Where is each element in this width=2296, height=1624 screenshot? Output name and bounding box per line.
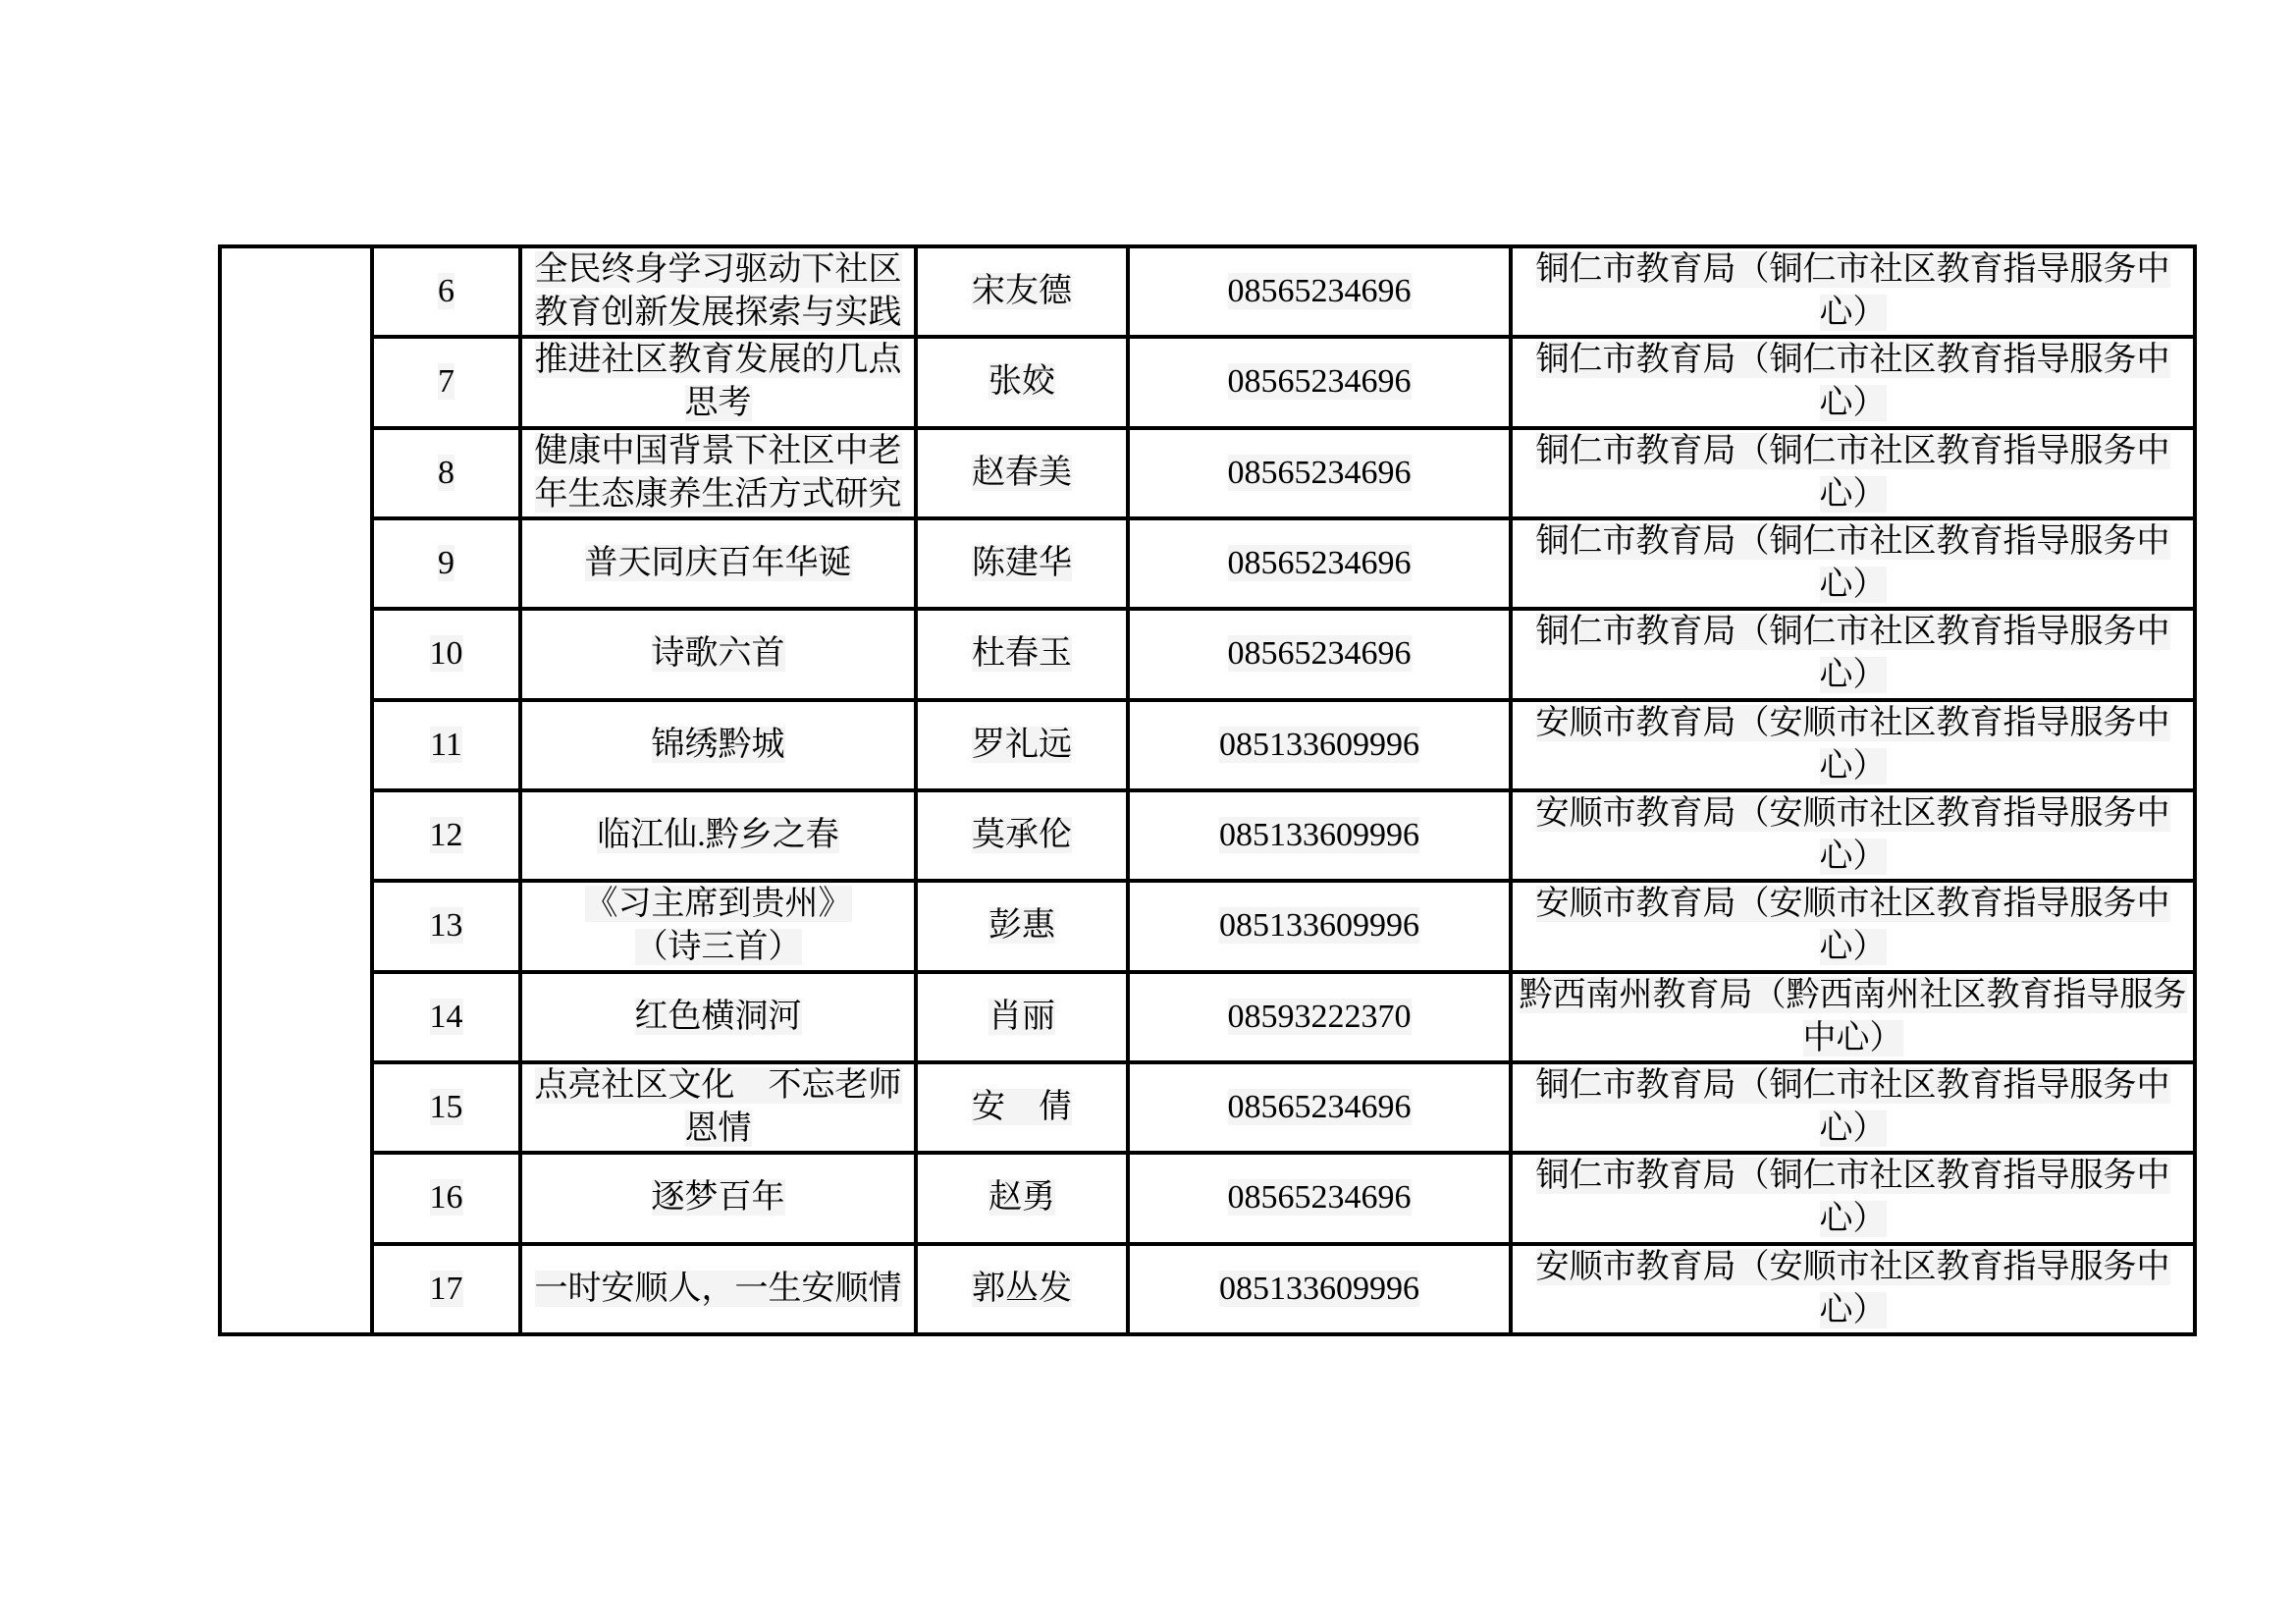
index-cell: 8 <box>372 428 520 518</box>
org-cell: 铜仁市教育局（铜仁市社区教育指导服务中心） <box>1511 246 2195 337</box>
org-cell: 黔西南州教育局（黔西南州社区教育指导服务中心） <box>1511 972 2195 1062</box>
author-cell: 杜春玉 <box>916 609 1128 699</box>
author-cell: 赵勇 <box>916 1153 1128 1243</box>
title-text: 点亮社区文化 不忘老师恩情 <box>535 1067 902 1147</box>
author-text: 莫承伦 <box>972 817 1072 853</box>
index-text: 15 <box>430 1089 463 1125</box>
table-row: 9 普天同庆百年华诞 陈建华 08565234696 铜仁市教育局（铜仁市社区教… <box>220 518 2195 609</box>
title-cell: 诗歌六首 <box>520 609 916 699</box>
index-text: 6 <box>438 273 454 309</box>
index-cell: 16 <box>372 1153 520 1243</box>
author-text: 杜春玉 <box>972 635 1072 672</box>
org-text: 黔西南州教育局（黔西南州社区教育指导服务中心） <box>1520 977 2187 1056</box>
author-text: 彭惠 <box>988 907 1055 944</box>
phone-text: 08565234696 <box>1228 1179 1412 1216</box>
index-cell: 12 <box>372 790 520 881</box>
org-cell: 铜仁市教育局（铜仁市社区教育指导服务中心） <box>1511 609 2195 699</box>
phone-text: 08565234696 <box>1228 635 1412 672</box>
table-row: 15 点亮社区文化 不忘老师恩情 安 倩 08565234696 铜仁市教育局（… <box>220 1062 2195 1153</box>
index-cell: 10 <box>372 609 520 699</box>
phone-cell: 085133609996 <box>1128 790 1511 881</box>
title-text: 逐梦百年 <box>652 1179 785 1216</box>
table-row: 12 临江仙.黔乡之春 莫承伦 085133609996 安顺市教育局（安顺市社… <box>220 790 2195 881</box>
title-text: 诗歌六首 <box>652 635 785 672</box>
table-row: 11 锦绣黔城 罗礼远 085133609996 安顺市教育局（安顺市社区教育指… <box>220 700 2195 790</box>
title-cell: 点亮社区文化 不忘老师恩情 <box>520 1062 916 1153</box>
index-cell: 11 <box>372 700 520 790</box>
phone-cell: 08565234696 <box>1128 428 1511 518</box>
phone-cell: 08565234696 <box>1128 337 1511 427</box>
phone-text: 085133609996 <box>1219 1271 1419 1307</box>
phone-cell: 08565234696 <box>1128 518 1511 609</box>
org-cell: 铜仁市教育局（铜仁市社区教育指导服务中心） <box>1511 428 2195 518</box>
phone-text: 08565234696 <box>1228 455 1412 491</box>
phone-text: 08565234696 <box>1228 363 1412 400</box>
author-cell: 张姣 <box>916 337 1128 427</box>
org-cell: 安顺市教育局（安顺市社区教育指导服务中心） <box>1511 790 2195 881</box>
title-text: 《习主席到贵州》 （诗三首） <box>585 886 852 965</box>
org-cell: 铜仁市教育局（铜仁市社区教育指导服务中心） <box>1511 518 2195 609</box>
org-text: 铜仁市教育局（铜仁市社区教育指导服务中心） <box>1536 523 2170 603</box>
index-text: 12 <box>430 817 463 853</box>
author-cell: 郭丛发 <box>916 1244 1128 1334</box>
org-cell: 安顺市教育局（安顺市社区教育指导服务中心） <box>1511 700 2195 790</box>
index-text: 14 <box>430 999 463 1035</box>
phone-cell: 08565234696 <box>1128 1153 1511 1243</box>
title-cell: 临江仙.黔乡之春 <box>520 790 916 881</box>
table-row: 17 一时安顺人，一生安顺情 郭丛发 085133609996 安顺市教育局（安… <box>220 1244 2195 1334</box>
author-text: 赵勇 <box>988 1179 1055 1216</box>
submissions-table: 6 全民终身学习驱动下社区教育创新发展探索与实践 宋友德 08565234696… <box>218 244 2197 1336</box>
index-text: 9 <box>438 545 454 581</box>
author-cell: 陈建华 <box>916 518 1128 609</box>
author-cell: 彭惠 <box>916 881 1128 971</box>
phone-cell: 08565234696 <box>1128 246 1511 337</box>
index-cell: 9 <box>372 518 520 609</box>
author-text: 陈建华 <box>972 545 1072 581</box>
index-text: 10 <box>430 635 463 672</box>
org-cell: 铜仁市教育局（铜仁市社区教育指导服务中心） <box>1511 337 2195 427</box>
org-text: 安顺市教育局（安顺市社区教育指导服务中心） <box>1536 795 2170 875</box>
org-text: 铜仁市教育局（铜仁市社区教育指导服务中心） <box>1536 614 2170 693</box>
org-cell: 铜仁市教育局（铜仁市社区教育指导服务中心） <box>1511 1153 2195 1243</box>
org-text: 安顺市教育局（安顺市社区教育指导服务中心） <box>1536 705 2170 785</box>
table-row: 7 推进社区教育发展的几点思考 张姣 08565234696 铜仁市教育局（铜仁… <box>220 337 2195 427</box>
title-cell: 红色横洞河 <box>520 972 916 1062</box>
phone-text: 08565234696 <box>1228 1089 1412 1125</box>
phone-text: 085133609996 <box>1219 727 1419 763</box>
org-text: 铜仁市教育局（铜仁市社区教育指导服务中心） <box>1536 251 2170 331</box>
title-cell: 健康中国背景下社区中老年生态康养生活方式研究 <box>520 428 916 518</box>
author-text: 肖丽 <box>988 999 1055 1035</box>
org-text: 铜仁市教育局（铜仁市社区教育指导服务中心） <box>1536 433 2170 513</box>
phone-text: 085133609996 <box>1219 907 1419 944</box>
phone-text: 08565234696 <box>1228 545 1412 581</box>
table-row: 8 健康中国背景下社区中老年生态康养生活方式研究 赵春美 08565234696… <box>220 428 2195 518</box>
author-text: 安 倩 <box>972 1089 1072 1125</box>
table-row: 6 全民终身学习驱动下社区教育创新发展探索与实践 宋友德 08565234696… <box>220 246 2195 337</box>
org-text: 铜仁市教育局（铜仁市社区教育指导服务中心） <box>1536 342 2170 421</box>
author-text: 张姣 <box>988 363 1055 400</box>
category-cell <box>220 246 372 1334</box>
index-cell: 6 <box>372 246 520 337</box>
author-text: 郭丛发 <box>972 1271 1072 1307</box>
phone-cell: 085133609996 <box>1128 1244 1511 1334</box>
title-text: 一时安顺人，一生安顺情 <box>535 1271 902 1307</box>
table-row: 16 逐梦百年 赵勇 08565234696 铜仁市教育局（铜仁市社区教育指导服… <box>220 1153 2195 1243</box>
title-text: 健康中国背景下社区中老年生态康养生活方式研究 <box>535 433 902 513</box>
phone-cell: 08593222370 <box>1128 972 1511 1062</box>
phone-cell: 08565234696 <box>1128 1062 1511 1153</box>
title-cell: 锦绣黔城 <box>520 700 916 790</box>
title-text: 临江仙.黔乡之春 <box>597 817 839 853</box>
table-row: 13 《习主席到贵州》 （诗三首） 彭惠 085133609996 安顺市教育局… <box>220 881 2195 971</box>
phone-text: 085133609996 <box>1219 817 1419 853</box>
org-cell: 铜仁市教育局（铜仁市社区教育指导服务中心） <box>1511 1062 2195 1153</box>
author-cell: 罗礼远 <box>916 700 1128 790</box>
author-text: 罗礼远 <box>972 727 1072 763</box>
org-text: 铜仁市教育局（铜仁市社区教育指导服务中心） <box>1536 1067 2170 1147</box>
index-cell: 14 <box>372 972 520 1062</box>
title-text: 全民终身学习驱动下社区教育创新发展探索与实践 <box>535 251 902 331</box>
table-row: 10 诗歌六首 杜春玉 08565234696 铜仁市教育局（铜仁市社区教育指导… <box>220 609 2195 699</box>
org-text: 安顺市教育局（安顺市社区教育指导服务中心） <box>1536 886 2170 965</box>
index-cell: 13 <box>372 881 520 971</box>
title-cell: 推进社区教育发展的几点思考 <box>520 337 916 427</box>
title-cell: 一时安顺人，一生安顺情 <box>520 1244 916 1334</box>
phone-cell: 08565234696 <box>1128 609 1511 699</box>
author-cell: 莫承伦 <box>916 790 1128 881</box>
phone-text: 08565234696 <box>1228 273 1412 309</box>
index-cell: 17 <box>372 1244 520 1334</box>
org-text: 铜仁市教育局（铜仁市社区教育指导服务中心） <box>1536 1158 2170 1237</box>
index-text: 7 <box>438 363 454 400</box>
index-text: 11 <box>430 727 462 763</box>
document-page: 6 全民终身学习驱动下社区教育创新发展探索与实践 宋友德 08565234696… <box>0 0 2296 1624</box>
author-text: 宋友德 <box>972 273 1072 309</box>
index-cell: 15 <box>372 1062 520 1153</box>
index-text: 8 <box>438 455 454 491</box>
index-text: 13 <box>430 907 463 944</box>
title-cell: 普天同庆百年华诞 <box>520 518 916 609</box>
phone-text: 08593222370 <box>1228 999 1412 1035</box>
title-text: 锦绣黔城 <box>652 727 785 763</box>
title-cell: 《习主席到贵州》 （诗三首） <box>520 881 916 971</box>
title-text: 推进社区教育发展的几点思考 <box>535 342 902 421</box>
author-cell: 赵春美 <box>916 428 1128 518</box>
index-text: 16 <box>430 1179 463 1216</box>
table-row: 14 红色横洞河 肖丽 08593222370 黔西南州教育局（黔西南州社区教育… <box>220 972 2195 1062</box>
org-cell: 安顺市教育局（安顺市社区教育指导服务中心） <box>1511 1244 2195 1334</box>
index-cell: 7 <box>372 337 520 427</box>
title-text: 红色横洞河 <box>635 999 802 1035</box>
phone-cell: 085133609996 <box>1128 700 1511 790</box>
title-cell: 全民终身学习驱动下社区教育创新发展探索与实践 <box>520 246 916 337</box>
title-text: 普天同庆百年华诞 <box>585 545 852 581</box>
author-cell: 肖丽 <box>916 972 1128 1062</box>
org-cell: 安顺市教育局（安顺市社区教育指导服务中心） <box>1511 881 2195 971</box>
index-text: 17 <box>430 1271 463 1307</box>
author-cell: 安 倩 <box>916 1062 1128 1153</box>
author-text: 赵春美 <box>972 455 1072 491</box>
phone-cell: 085133609996 <box>1128 881 1511 971</box>
org-text: 安顺市教育局（安顺市社区教育指导服务中心） <box>1536 1249 2170 1328</box>
title-cell: 逐梦百年 <box>520 1153 916 1243</box>
author-cell: 宋友德 <box>916 246 1128 337</box>
